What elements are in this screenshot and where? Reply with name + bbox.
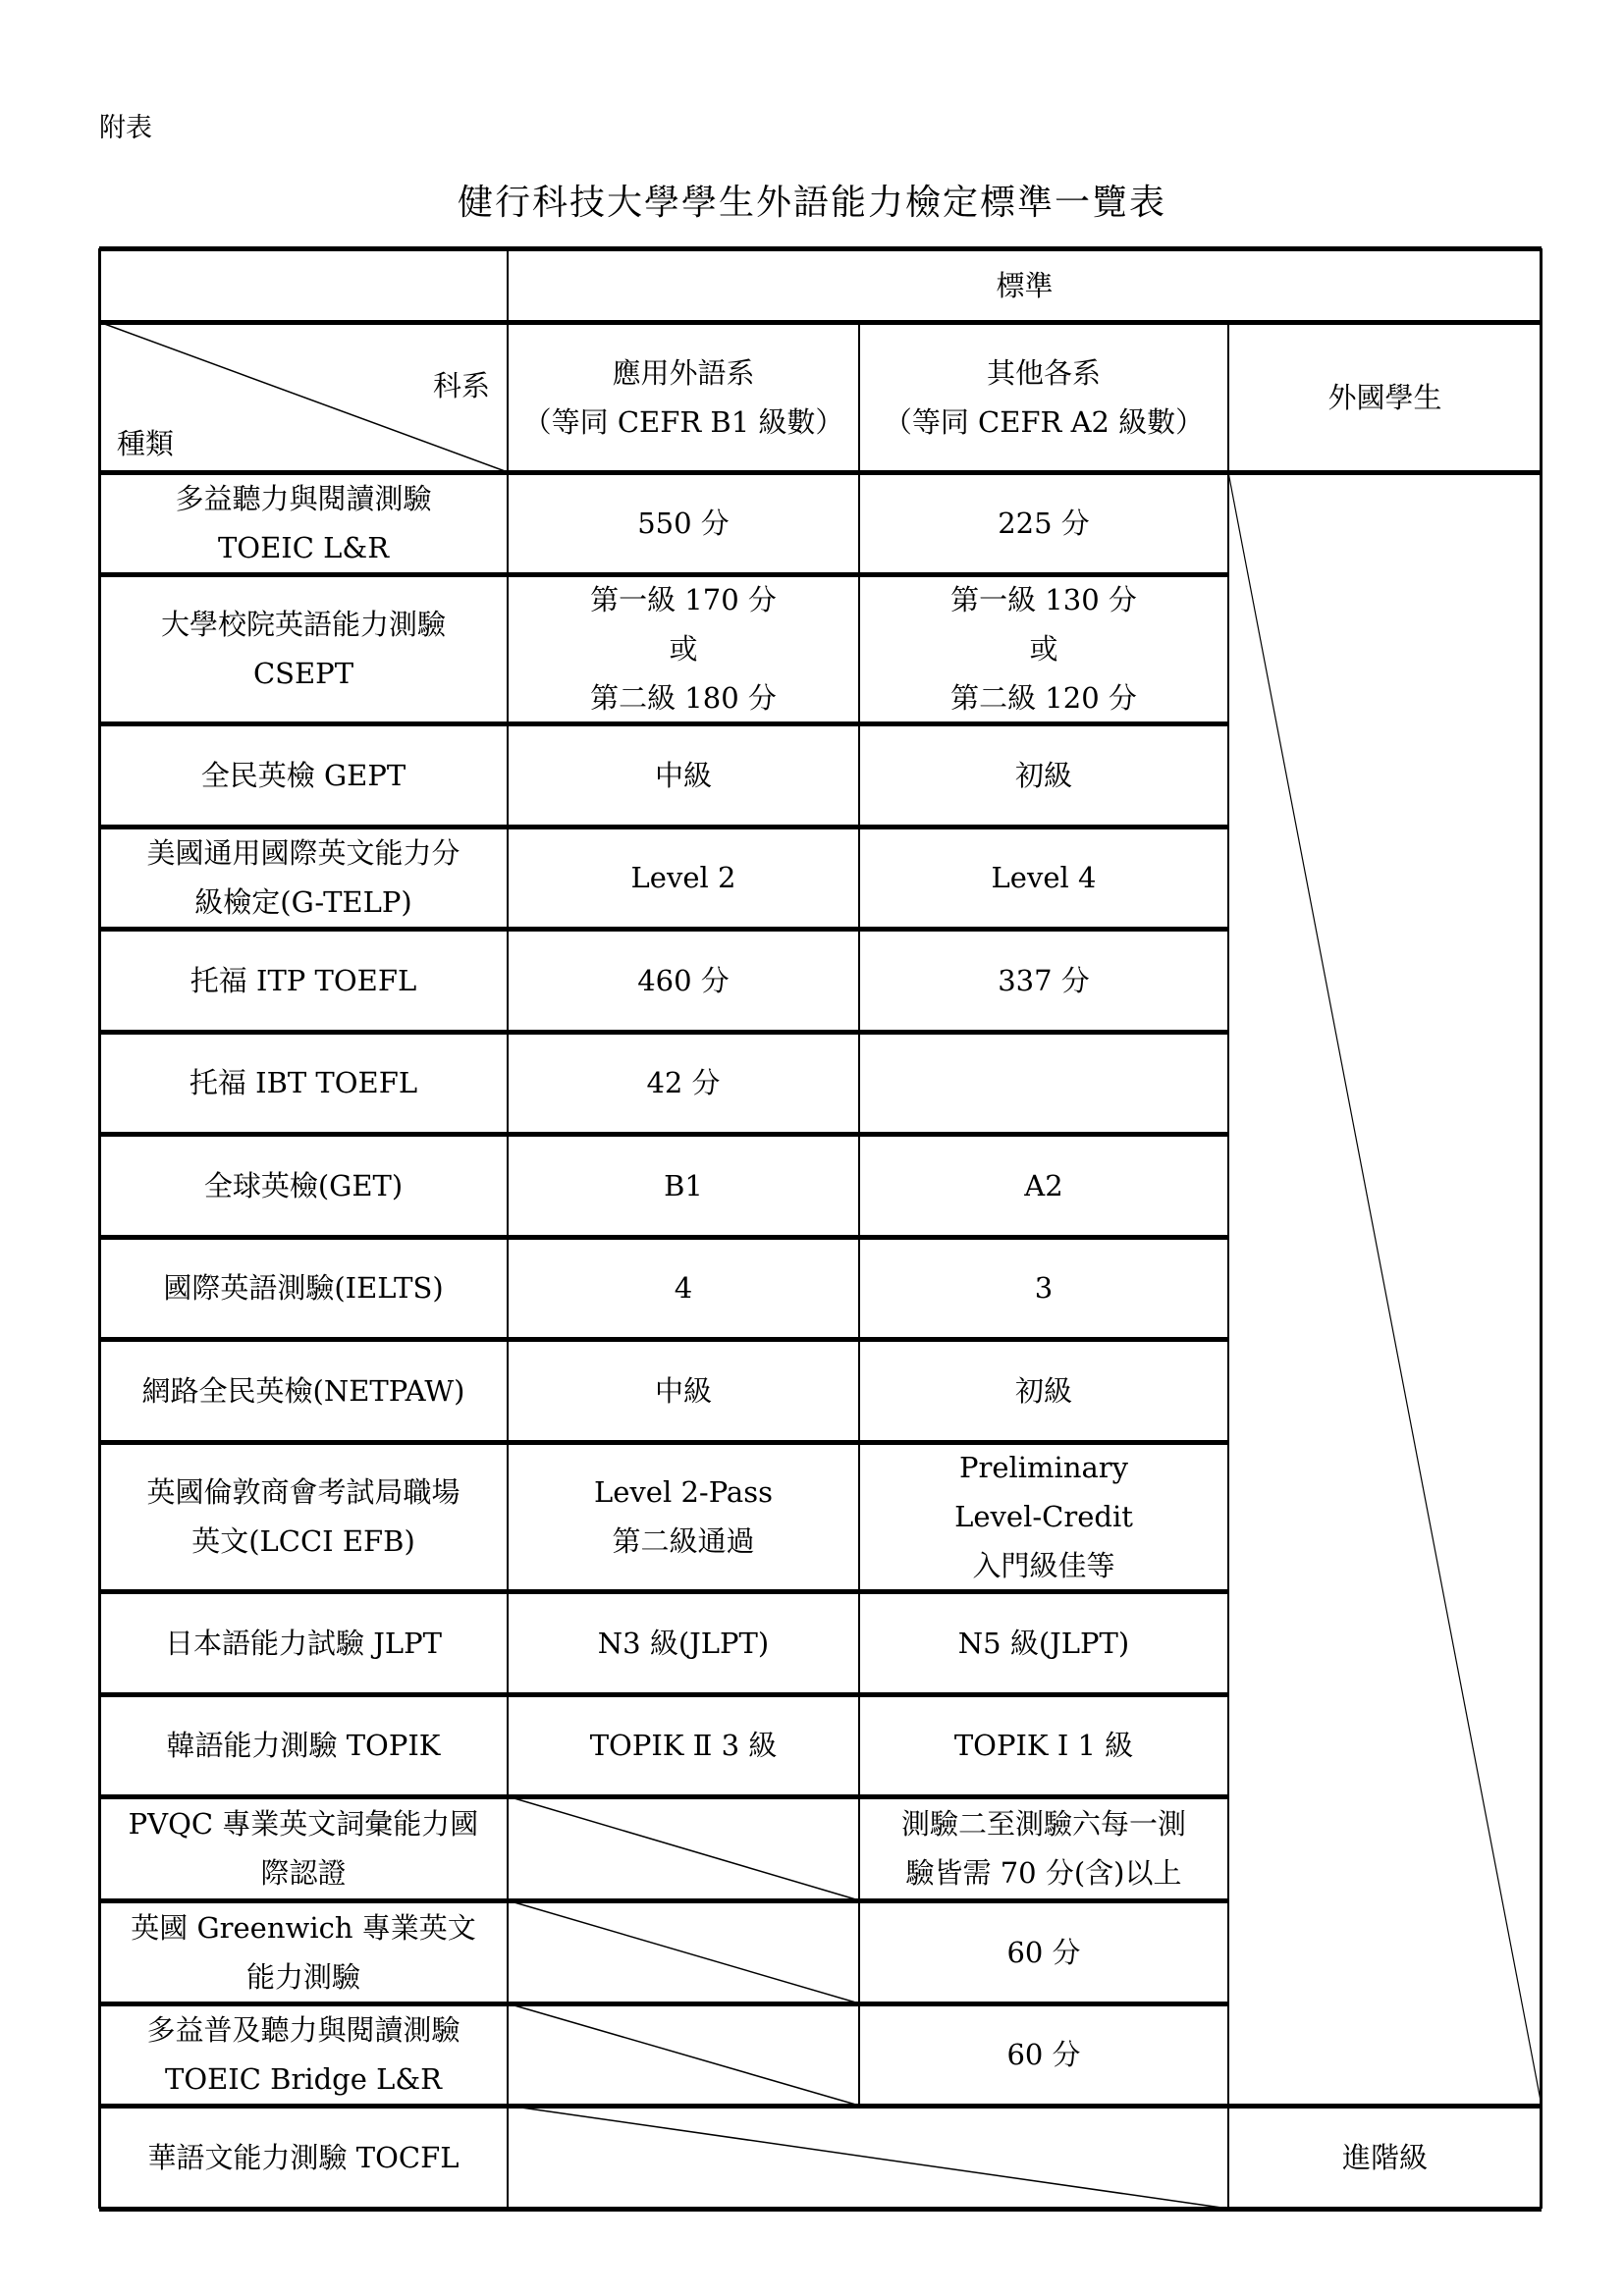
applied-foreign-lang-cell-line: N3 級(JLPT) <box>598 1619 769 1668</box>
applied-foreign-lang-cell: Level 2 <box>508 827 859 929</box>
test-name-cell-line: 能力測驗 <box>246 1952 360 2002</box>
row-divider <box>99 1589 1228 1594</box>
test-name-cell: 全球英檢(GET) <box>99 1134 508 1237</box>
test-name-cell-line: 全球英檢(GET) <box>204 1161 403 1210</box>
applied-foreign-lang-cell: 中級 <box>508 723 859 827</box>
applied-foreign-lang-cell-line: 第二級通過 <box>612 1517 754 1566</box>
test-name-cell-line: 全民英檢 GEPT <box>201 751 406 800</box>
other-depts-cell-line: A2 <box>1024 1161 1062 1210</box>
row-divider <box>99 1235 1228 1240</box>
test-name-cell-line: TOEIC Bridge L&R <box>165 2055 442 2104</box>
other-depts-cell <box>859 1032 1228 1134</box>
document-title: 健行科技大學學生外語能力檢定標準一覽表 <box>0 175 1624 225</box>
applied-foreign-lang-cell: 42 分 <box>508 1032 859 1134</box>
applied-foreign-lang-cell-line: Level 2-Pass <box>594 1468 773 1517</box>
other-depts-cell-line: Preliminary <box>959 1443 1128 1492</box>
other-depts-cell: N5 級(JLPT) <box>859 1591 1228 1694</box>
test-name-cell-line: CSEPT <box>253 649 353 698</box>
test-name-cell: 美國通用國際英文能力分級檢定(G-TELP) <box>99 827 508 929</box>
applied-foreign-lang-cell-line: 或 <box>669 624 697 673</box>
applied-foreign-lang-cell <box>508 1796 859 1900</box>
other-depts-cell: A2 <box>859 1134 1228 1237</box>
col-divider-1 <box>507 248 509 2209</box>
appendix-label: 附表 <box>99 106 152 144</box>
row-divider <box>99 721 1228 726</box>
header-foreign-students: 外國學生 <box>1228 322 1542 472</box>
other-depts-cell-line: N5 級(JLPT) <box>958 1619 1129 1668</box>
other-depts-cell: 60 分 <box>859 1900 1228 2003</box>
header-standard: 標準 <box>508 248 1542 322</box>
table-border-top <box>99 246 1542 251</box>
table-border-left <box>98 248 101 2209</box>
header-col3-line1: 外國學生 <box>1327 373 1441 422</box>
test-name-cell: 大學校院英語能力測驗CSEPT <box>99 574 508 723</box>
row-divider <box>99 1440 1228 1445</box>
test-name-cell: 多益聽力與閱讀測驗TOEIC L&R <box>99 472 508 574</box>
tocfl-test-name: 華語文能力測驗 TOCFL <box>148 2133 460 2182</box>
applied-foreign-lang-cell: 第一級 170 分或第二級 180 分 <box>508 574 859 723</box>
other-depts-cell: Level 4 <box>859 827 1228 929</box>
row-divider <box>99 1794 1228 1799</box>
test-name-cell-line: PVQC 專業英文詞彙能力國 <box>129 1799 479 1848</box>
other-depts-cell-line: Level-Credit <box>954 1492 1133 1541</box>
applied-foreign-lang-cell: TOPIK Ⅱ 3 級 <box>508 1694 859 1796</box>
header-bottom-divider <box>99 470 1542 475</box>
test-name-cell-line: 日本語能力試驗 JLPT <box>165 1619 442 1668</box>
row-divider <box>99 572 1228 577</box>
applied-foreign-lang-cell-line: 460 分 <box>637 956 730 1005</box>
row-divider <box>99 1337 1228 1342</box>
test-name-cell-line: 英國 Greenwich 專業英文 <box>131 1903 475 1952</box>
test-name-cell-line: 英國倫敦商會考試局職場 <box>146 1468 460 1517</box>
test-name-cell-line: 托福 ITP TOEFL <box>190 956 416 1005</box>
applied-foreign-lang-cell <box>508 2003 859 2106</box>
test-name-cell-line: 大學校院英語能力測驗 <box>161 600 446 649</box>
applied-foreign-lang-cell-line: 中級 <box>655 751 712 800</box>
test-name-cell: 英國倫敦商會考試局職場英文(LCCI EFB) <box>99 1442 508 1591</box>
header-col2-line2: （等同 CEFR A2 級數） <box>884 398 1204 447</box>
other-depts-cell: TOPIK Ⅰ 1 級 <box>859 1694 1228 1796</box>
other-depts-cell: 3 <box>859 1237 1228 1339</box>
other-depts-cell-line: TOPIK Ⅰ 1 級 <box>954 1721 1133 1770</box>
header-applied-foreign-lang: 應用外語系 （等同 CEFR B1 級數） <box>508 322 859 472</box>
row-divider <box>99 1030 1228 1035</box>
other-depts-cell: PreliminaryLevel-Credit入門級佳等 <box>859 1442 1228 1591</box>
applied-foreign-lang-cell: 4 <box>508 1237 859 1339</box>
test-name-cell-line: 國際英語測驗(IELTS) <box>163 1263 443 1312</box>
other-depts-cell: 初級 <box>859 723 1228 827</box>
other-depts-cell: 測驗二至測驗六每一測驗皆需 70 分(含)以上 <box>859 1796 1228 1900</box>
test-name-cell: 英國 Greenwich 專業英文能力測驗 <box>99 1900 508 2003</box>
col-divider-2 <box>858 322 860 2106</box>
other-depts-cell: 初級 <box>859 1339 1228 1442</box>
header-divider <box>99 320 1542 325</box>
tocfl-level: 進階級 <box>1342 2133 1428 2182</box>
applied-foreign-lang-cell-line: Level 2 <box>631 853 736 902</box>
row-divider <box>99 825 1228 829</box>
test-name-cell: 國際英語測驗(IELTS) <box>99 1237 508 1339</box>
standards-table: 標準 科系 種類 應用外語系 （等同 CEFR B1 級數） 其他各系 （等同 … <box>99 248 1542 2209</box>
header-col1-line1: 應用外語系 <box>612 348 754 398</box>
other-depts-cell-line: 60 分 <box>1006 2030 1080 2079</box>
applied-foreign-lang-cell: Level 2-Pass第二級通過 <box>508 1442 859 1591</box>
other-depts-cell-line: 入門級佳等 <box>972 1541 1114 1590</box>
header-other-depts: 其他各系 （等同 CEFR A2 級數） <box>859 322 1228 472</box>
test-name-cell: 韓語能力測驗 TOPIK <box>99 1694 508 1796</box>
test-name-cell: 托福 ITP TOEFL <box>99 929 508 1032</box>
other-depts-cell-line: 或 <box>1029 624 1057 673</box>
applied-foreign-lang-cell: 中級 <box>508 1339 859 1442</box>
applied-foreign-lang-cell-line: 中級 <box>655 1366 712 1415</box>
applied-foreign-lang-cell-line: B1 <box>664 1161 703 1210</box>
header-col2-line1: 其他各系 <box>987 348 1101 398</box>
applied-foreign-lang-cell-line: 第二級 180 分 <box>590 673 777 722</box>
last-row-divider <box>99 2104 1542 2109</box>
row-divider <box>99 2002 1228 2006</box>
applied-foreign-lang-cell <box>508 1900 859 2003</box>
other-depts-cell-line: 驗皆需 70 分(含)以上 <box>906 1848 1182 1897</box>
applied-foreign-lang-cell-line: TOPIK Ⅱ 3 級 <box>590 1721 778 1770</box>
test-name-cell-line: 多益聽力與閱讀測驗 <box>175 474 431 523</box>
corner-dept-label: 科系 <box>433 361 490 410</box>
row-test-tocfl: 華語文能力測驗 TOCFL <box>99 2106 508 2209</box>
test-name-cell-line: 網路全民英檢(NETPAW) <box>142 1366 465 1415</box>
test-name-cell: 全民英檢 GEPT <box>99 723 508 827</box>
other-depts-cell-line: 60 分 <box>1006 1928 1080 1977</box>
corner-type-label: 種類 <box>117 419 174 468</box>
row-divider <box>99 1898 1228 1903</box>
applied-foreign-lang-cell-line: 550 分 <box>637 499 730 548</box>
row-tocfl-foreign-students: 進階級 <box>1228 2106 1542 2209</box>
other-depts-cell: 337 分 <box>859 929 1228 1032</box>
test-name-cell-line: 托福 IBT TOEFL <box>189 1058 417 1107</box>
other-depts-cell-line: 第二級 120 分 <box>950 673 1137 722</box>
applied-foreign-lang-cell-line: 42 分 <box>646 1058 720 1107</box>
test-name-cell-line: TOEIC L&R <box>218 523 389 572</box>
test-name-cell-line: 英文(LCCI EFB) <box>191 1517 415 1566</box>
applied-foreign-lang-cell: N3 級(JLPT) <box>508 1591 859 1694</box>
test-name-cell-line: 多益普及聽力與閱讀測驗 <box>146 2005 460 2055</box>
applied-foreign-lang-cell-line: 4 <box>675 1263 692 1312</box>
test-name-cell: 托福 IBT TOEFL <box>99 1032 508 1134</box>
other-depts-cell: 225 分 <box>859 472 1228 574</box>
other-depts-cell: 第一級 130 分或第二級 120 分 <box>859 574 1228 723</box>
test-name-cell: 網路全民英檢(NETPAW) <box>99 1339 508 1442</box>
other-depts-cell-line: 測驗二至測驗六每一測 <box>901 1799 1186 1848</box>
header-standard-label: 標準 <box>996 261 1053 310</box>
test-name-cell: PVQC 專業英文詞彙能力國際認證 <box>99 1796 508 1900</box>
test-name-cell-line: 級檢定(G-TELP) <box>194 878 411 927</box>
col-divider-3 <box>1227 322 1229 2209</box>
other-depts-cell-line: 第一級 130 分 <box>950 575 1137 624</box>
applied-foreign-lang-cell: B1 <box>508 1134 859 1237</box>
test-name-cell-line: 美國通用國際英文能力分 <box>146 828 460 878</box>
header-col1-line2: （等同 CEFR B1 級數） <box>523 398 844 447</box>
test-name-cell-line: 際認證 <box>260 1848 346 1897</box>
row-divider <box>99 927 1228 932</box>
applied-foreign-lang-cell-line: 第一級 170 分 <box>590 575 777 624</box>
table-border-right <box>1540 248 1543 2209</box>
other-depts-cell-line: 337 分 <box>998 956 1090 1005</box>
row-divider <box>99 1132 1228 1137</box>
other-depts-cell-line: Level 4 <box>992 853 1097 902</box>
applied-foreign-lang-cell: 460 分 <box>508 929 859 1032</box>
applied-foreign-lang-cell: 550 分 <box>508 472 859 574</box>
other-depts-cell-line: 225 分 <box>998 499 1090 548</box>
other-depts-cell-line: 初級 <box>1015 1366 1072 1415</box>
table-border-bottom <box>99 2207 1542 2212</box>
row-divider <box>99 1692 1228 1697</box>
other-depts-cell: 60 分 <box>859 2003 1228 2106</box>
test-name-cell-line: 韓語能力測驗 TOPIK <box>167 1721 441 1770</box>
header-corner-cell: 科系 種類 <box>99 322 508 472</box>
other-depts-cell-line: 3 <box>1035 1263 1053 1312</box>
test-name-cell: 多益普及聽力與閱讀測驗TOEIC Bridge L&R <box>99 2003 508 2106</box>
test-name-cell: 日本語能力試驗 JLPT <box>99 1591 508 1694</box>
other-depts-cell-line: 初級 <box>1015 751 1072 800</box>
